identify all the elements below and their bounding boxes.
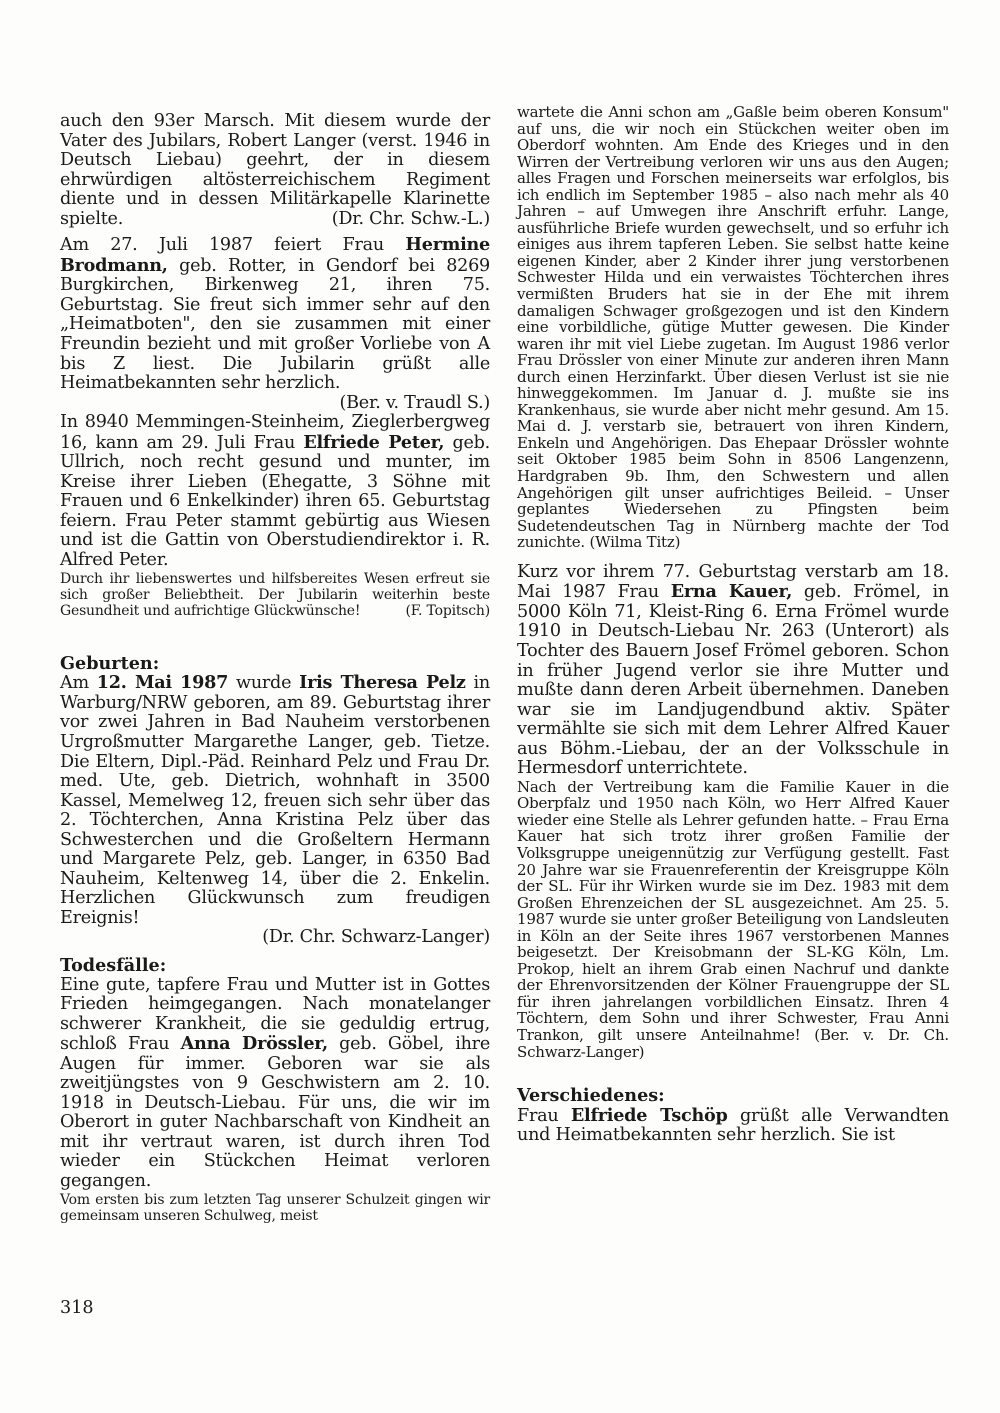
section-heading-misc: Verschiedenes: [517, 1086, 949, 1106]
section-heading-births: Geburten: [60, 654, 490, 674]
article-text: geb. Ullrich, noch recht gesund und munt… [60, 433, 490, 570]
article-text: wurde [228, 673, 299, 693]
article-text: Am [60, 673, 97, 693]
person-name: Elfriede Tschöp [571, 1105, 728, 1126]
signature: (Dr. Chr. Schwarz-Langer) [60, 928, 490, 948]
article-kauer: Kurz vor ihrem 77. Geburtstag verstarb a… [517, 563, 949, 779]
article-pelz: Am 12. Mai 1987 wurde Iris Theresa Pelz … [60, 673, 490, 928]
article-tschoep: Frau Elfriede Tschöp grüßt alle Verwandt… [517, 1106, 949, 1146]
signature: (Ber. v. Traudl S.) [340, 394, 490, 414]
article-text: geb. Rotter, in Gendorf bei 8269 Burgkir… [60, 256, 490, 393]
article-text: in Warburg/NRW geboren, am 89. Geburtsta… [60, 673, 490, 928]
signature: (F. Topitsch) [405, 603, 490, 619]
article-text: geb. Frömel, in 5000 Köln 71, Kleist-Rin… [517, 582, 949, 778]
left-column: auch den 93er Marsch. Mit diesem wurde d… [60, 112, 490, 1224]
person-name: Anna Drössler, [181, 1033, 328, 1054]
section-heading-deaths: Todesfälle: [60, 956, 490, 976]
article-text: geb. Göbel, ihre Augen für immer. Gebore… [60, 1034, 490, 1191]
article-droessler: Eine gute, tapfere Frau und Mutter ist i… [60, 976, 490, 1192]
article-text: Frau [517, 1106, 571, 1126]
article-peter-small: Durch ihr liebenswertes und hilfsbereite… [60, 571, 490, 620]
person-name: Erna Kauer, [671, 581, 792, 602]
person-name: Iris Theresa Pelz [299, 672, 466, 693]
person-name: Elfriede Peter, [303, 432, 444, 453]
signature: (Dr. Chr. Schw.-L.) [332, 210, 490, 230]
article-droessler-small: Vom ersten bis zum letzten Tag unserer S… [60, 1192, 490, 1225]
article-langer: auch den 93er Marsch. Mit diesem wurde d… [60, 112, 490, 229]
article-brodmann: Am 27. Juli 1987 feiert Frau Hermine Bro… [60, 235, 490, 393]
article-peter: In 8940 Memmingen-Steinheim, Zieglerberg… [60, 413, 490, 570]
birth-date: 12. Mai 1987 [97, 672, 228, 693]
article-text: Am 27. Juli 1987 feiert Frau [60, 235, 405, 255]
right-column: wartete die Anni schon am „Gaßle beim ob… [517, 104, 949, 1146]
article-droessler-continued: wartete die Anni schon am „Gaßle beim ob… [517, 104, 949, 551]
article-kauer-small: Nach der Vertreibung kam die Familie Kau… [517, 779, 949, 1060]
page-number: 318 [60, 1298, 94, 1318]
